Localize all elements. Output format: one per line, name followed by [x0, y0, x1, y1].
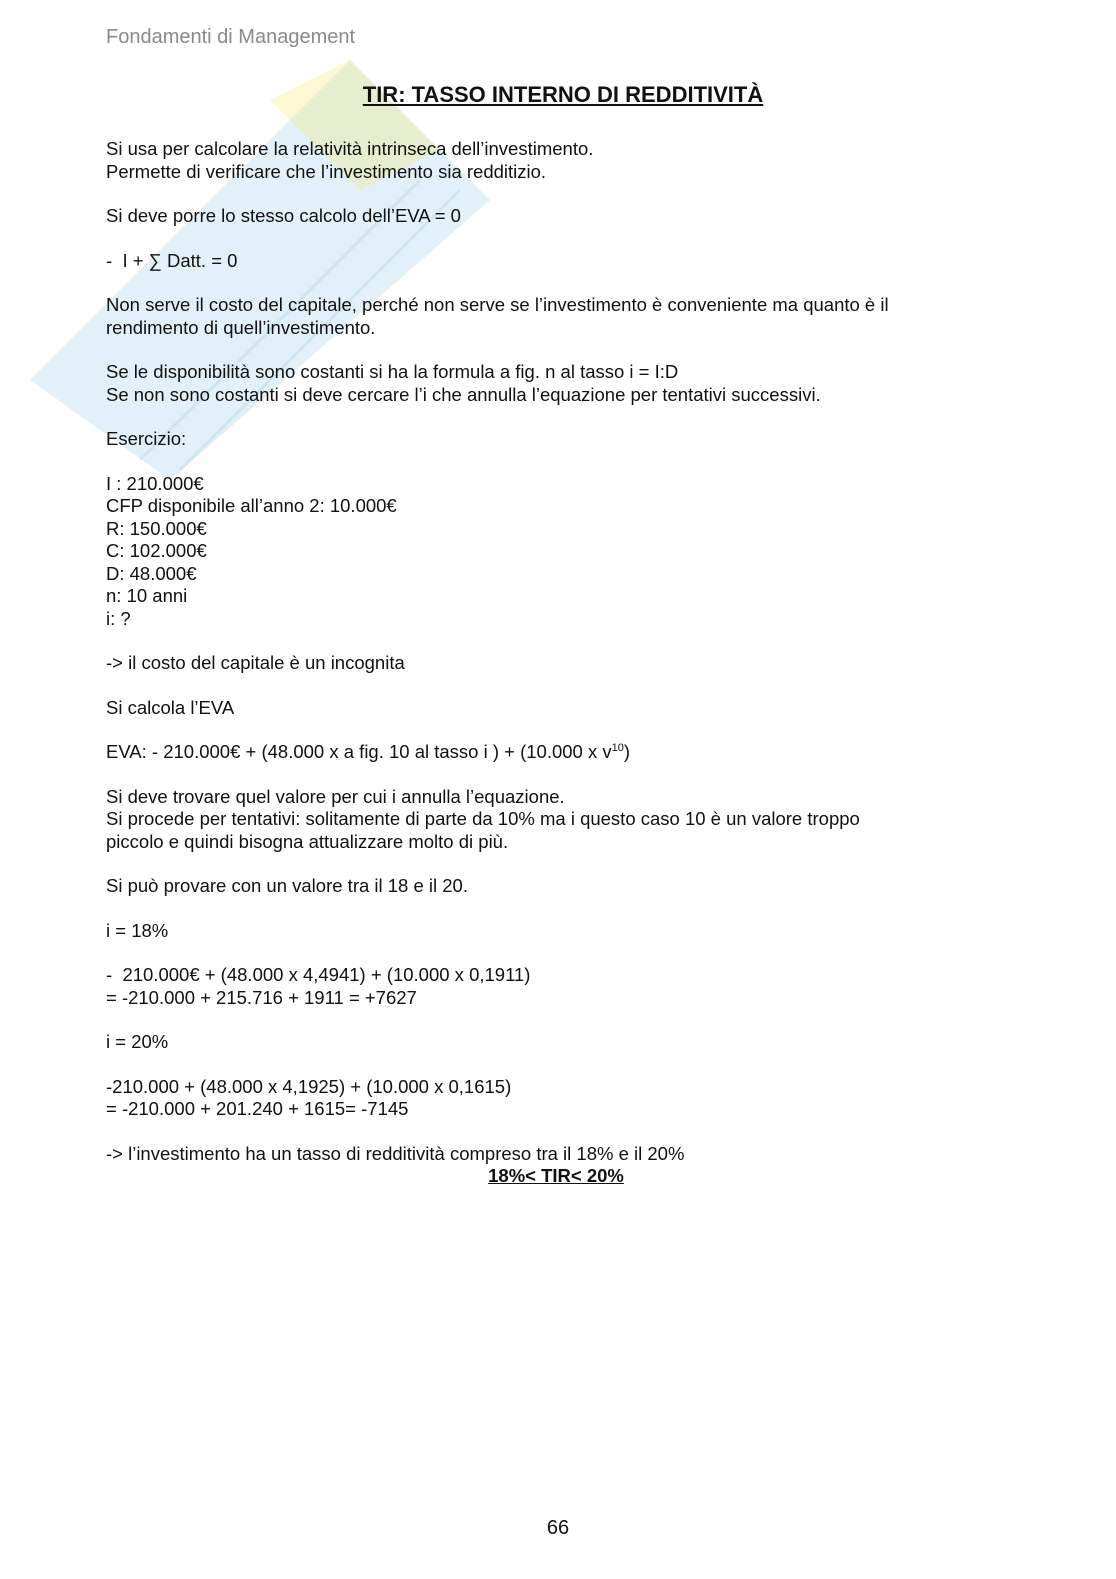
page-title: TIR: TASSO INTERNO DI REDDITIVITÀ [0, 82, 1116, 108]
explanation-line-1: Non serve il costo del capitale, perché … [106, 294, 1006, 317]
exercise-data-item: R: 150.000€ [106, 518, 1006, 541]
method-line-3: piccolo e quindi bisogna attualizzare mo… [106, 831, 1006, 854]
calc-intro: Si calcola l’EVA [106, 697, 1006, 720]
method-line-1: Si deve trovare quel valore per cui i an… [106, 786, 1006, 809]
trial-result: = -210.000 + 215.716 + 1911 = +7627 [106, 987, 1006, 1010]
intro-line-3: Si deve porre lo stesso calcolo dell’EVA… [106, 205, 1006, 228]
exercise-data-list: I : 210.000€ CFP disponibile all’anno 2:… [106, 473, 1006, 631]
eva-formula-close: ) [624, 741, 630, 762]
method-line-2: Si procede per tentativi: solitamente di… [106, 808, 1006, 831]
page-number: 66 [0, 1517, 1116, 1540]
intro-line-2: Permette di verificare che l’investiment… [106, 161, 1006, 184]
trial-rate: i = 18% [106, 920, 1006, 943]
explanation-line-2: rendimento di quell’investimento. [106, 317, 1006, 340]
trial-expression: -210.000 + (48.000 x 4,1925) + (10.000 x… [106, 1076, 1006, 1099]
intro-line-1: Si usa per calcolare la relatività intri… [106, 138, 1006, 161]
explanation-line-3: Se le disponibilità sono costanti si ha … [106, 361, 1006, 384]
exercise-data-item: i: ? [106, 608, 1006, 631]
explanation-line-4: Se non sono costanti si deve cercare l’i… [106, 384, 1006, 407]
exercise-heading: Esercizio: [106, 428, 1006, 451]
eva-exponent: 10 [612, 742, 624, 754]
conclusion-text: -> l’investimento ha un tasso di redditi… [106, 1143, 1006, 1166]
running-header: Fondamenti di Management [106, 26, 355, 49]
trial-18: i = 18% - 210.000€ + (48.000 x 4,4941) +… [106, 920, 1006, 1010]
exercise-data-item: CFP disponibile all’anno 2: 10.000€ [106, 495, 1006, 518]
exercise-data-item: D: 48.000€ [106, 563, 1006, 586]
trial-expression: - 210.000€ + (48.000 x 4,4941) + (10.000… [106, 964, 1006, 987]
conclusion-highlight: 18%< TIR< 20% [106, 1165, 1006, 1188]
exercise-data-item: n: 10 anni [106, 585, 1006, 608]
exercise-data-item: I : 210.000€ [106, 473, 1006, 496]
intro-formula: - I + ∑ Datt. = 0 [106, 250, 1006, 273]
eva-formula: EVA: - 210.000€ + (48.000 x a fig. 10 al… [106, 741, 1006, 764]
method-line-4: Si può provare con un valore tra il 18 e… [106, 875, 1006, 898]
trial-result: = -210.000 + 201.240 + 1615= -7145 [106, 1098, 1006, 1121]
eva-formula-text: EVA: - 210.000€ + (48.000 x a fig. 10 al… [106, 741, 612, 762]
trial-20: i = 20% -210.000 + (48.000 x 4,1925) + (… [106, 1031, 1006, 1121]
document-body: Si usa per calcolare la relatività intri… [106, 138, 1006, 1188]
trial-rate: i = 20% [106, 1031, 1006, 1054]
exercise-data-item: C: 102.000€ [106, 540, 1006, 563]
exercise-note: -> il costo del capitale è un incognita [106, 652, 1006, 675]
